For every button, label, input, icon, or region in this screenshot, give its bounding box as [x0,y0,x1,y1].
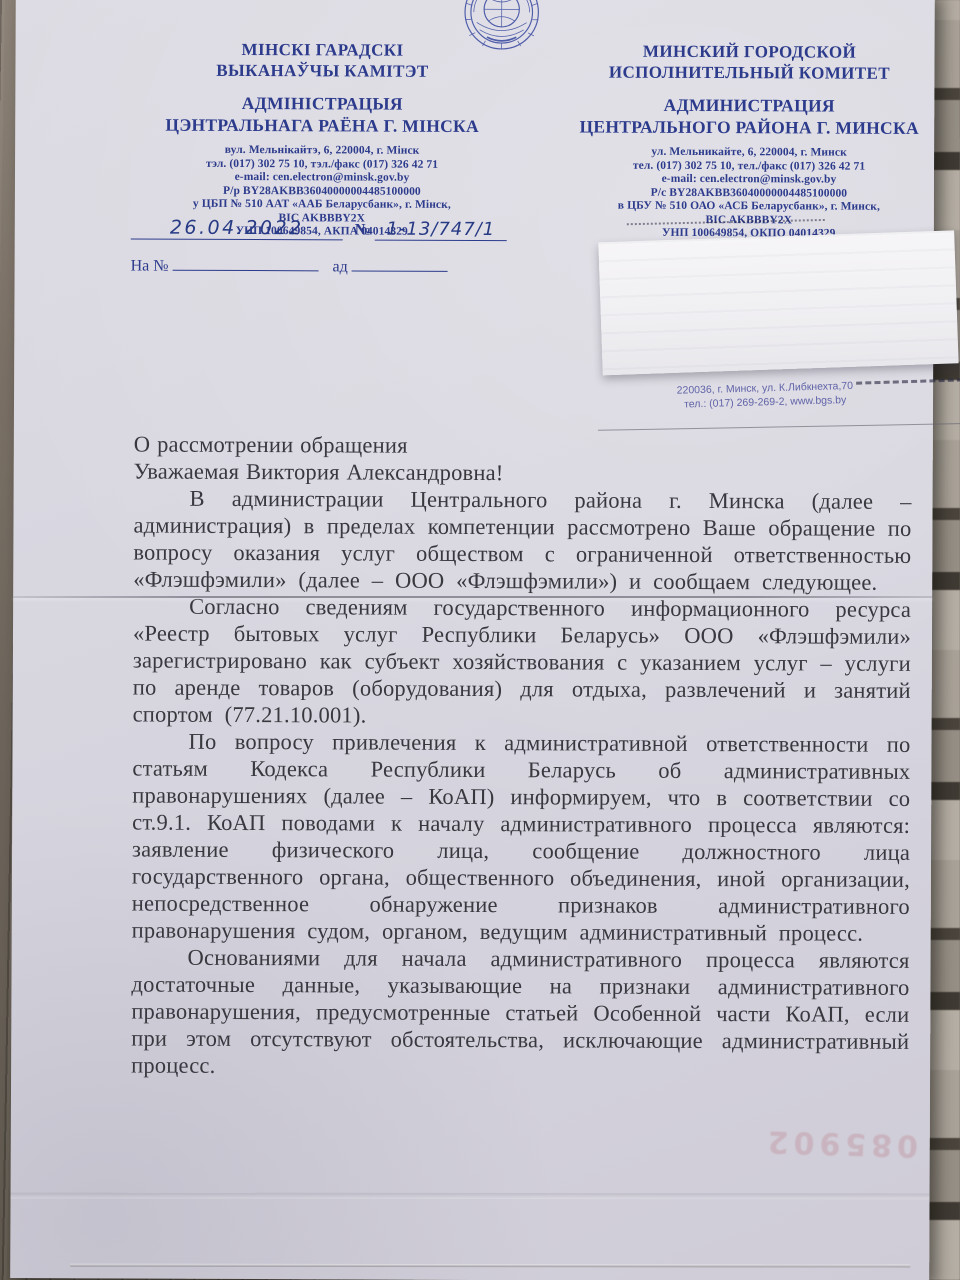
org-name-line: ИСПОЛНИТЕЛЬНЫЙ КОМИТЕТ [575,61,923,84]
paragraph-2: Согласно сведениям государственного инфо… [133,593,912,731]
letterhead-russian: МИНСКИЙ ГОРОДСКОЙ ИСПОЛНИТЕЛЬНЫЙ КОМИТЕТ… [575,40,924,241]
subject-line: О рассмотрении обращения [134,431,912,461]
org-name-line: МІНСКІ ГАРАДСКІ [154,39,492,61]
incoming-number-label: На № [131,258,169,275]
org-name-line: МИНСКИЙ ГОРОДСКОЙ [575,40,923,63]
admin-name-line: ЦЭНТРАЛЬНАГА РАЁНА Г. МІНСКА [153,114,491,137]
org-name-line: ВЫКАНАЎЧЫ КАМІТЭТ [153,60,491,82]
letter-body: О рассмотрении обращения Уважаемая Викто… [131,431,912,1082]
paragraph-3: По вопросу привлечения к административно… [132,728,911,947]
photo-of-letter: { "letterhead": { "left": { "org_line1":… [0,0,960,1280]
envelope [598,230,958,375]
paper-stack-edge [70,1264,910,1268]
address-line: в ЦБУ № 510 ОАО «АСБ Беларусбанк», г. Ми… [575,199,923,214]
under-sheet-edge [598,423,960,431]
salutation: Уважаемая Виктория Александровна! [134,458,912,488]
paragraph-1: В администрации Центрального района г. М… [133,485,911,596]
number-sign: № [355,221,371,238]
reference-block: 26.04.2022 № 1-13/747/1 На № ад [131,217,531,278]
from-label: ад [332,258,347,275]
fold-crease-lower [11,1193,930,1200]
letter-sheet: МІНСКІ ГАРАДСКІ ВЫКАНАЎЧЫ КАМІТЭТ АДМІНІ… [10,0,935,1280]
faint-bleedthrough-number: 085902 [762,1123,918,1163]
address-line: у ЦБП № 510 ААТ «ААБ Беларусбанк», г. Мі… [153,198,491,213]
letterhead-belarusian: МІНСКІ ГАРАДСКІ ВЫКАНАЎЧЫ КАМІТЭТ АДМІНІ… [153,39,492,240]
admin-name-line: АДМІНІСТРАЦЫЯ [153,92,491,115]
handwritten-date: 26.04.2022 [170,217,304,240]
admin-name-line: ЦЕНТРАЛЬНОГО РАЙОНА Г. МИНСКА [575,115,923,139]
fold-crease [13,596,932,598]
paragraph-4: Основаниями для начала административного… [131,944,910,1082]
handwritten-number: 1-13/747/1 [386,219,495,240]
admin-name-line: АДМИНИСТРАЦИЯ [575,93,923,117]
